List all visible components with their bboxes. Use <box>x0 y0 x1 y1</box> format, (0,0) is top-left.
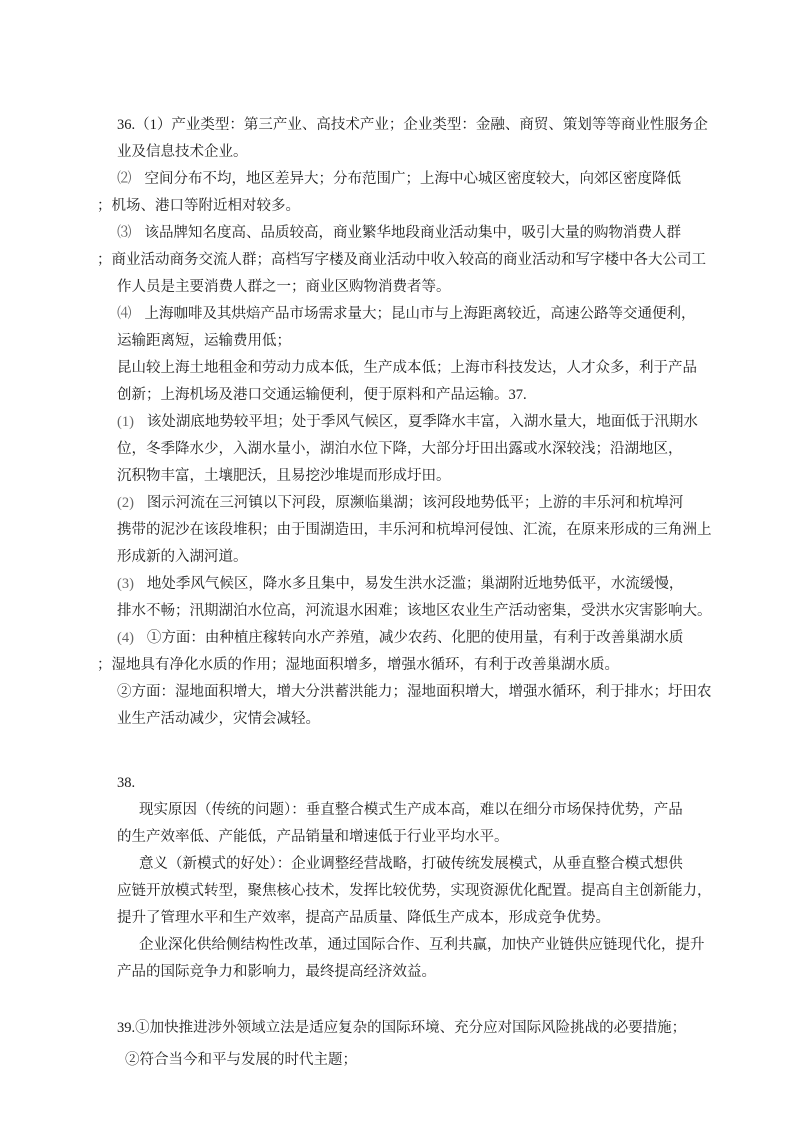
line-text: 形成新的入湖河道。 <box>117 549 248 565</box>
line-text: ；湿地具有净化水质的作用；湿地面积增多，增强水循环，有利于改善巢湖水质。 <box>97 657 619 673</box>
line-text: 应链开放模式转型，聚焦核心技术，发挥比较优势，实现资源优化配置。提高自主创新能力… <box>117 883 712 899</box>
line-text: 空间分布不均，地区差异大；分布范围广；上海中心城区密度较大，向郊区密度降低 <box>145 171 682 187</box>
line-text: 36.（1）产业类型：第三产业、高技术产业；企业类型：金融、商贸、策划等等商业性… <box>117 117 708 133</box>
text-line: 38. <box>117 770 678 797</box>
text-line: (2)图示河流在三河镇以下河段，原濒临巢湖；该河段地势低平；上游的丰乐河和杭埠河 <box>117 490 678 517</box>
text-line: 沉积物丰富，土壤肥沃，且易挖沙堆堤而形成圩田。 <box>117 463 678 490</box>
line-text: ；机场、港口等附近相对较多。 <box>97 198 300 214</box>
text-line: 作人员是主要消费人群之一；商业区购物消费者等。 <box>117 274 678 301</box>
text-line: 企业深化供给侧结构性改革，通过国际合作、互利共赢，加快产业链供应链现代化，提升 <box>117 932 678 959</box>
text-line: ⑷上海咖啡及其烘焙产品市场需求量大；昆山市与上海距离较近，高速公路等交通便利， <box>117 301 678 328</box>
line-text: ②符合当今和平与发展的时代主题； <box>125 1052 357 1068</box>
line-text: 创新；上海机场及港口交通运输便利，便于原料和产品运输。37. <box>117 387 527 403</box>
text-line: (3)地处季风气候区，降水多且集中，易发生洪水泛滥；巢湖附近地势低平，水流缓慢， <box>117 571 678 598</box>
text-line: ；机场、港口等附近相对较多。 <box>97 193 678 220</box>
line-text: 产品的国际竞争力和影响力，最终提高经济效益。 <box>117 964 436 980</box>
line-text: ②方面：湿地面积增大，增大分洪蓄洪能力；湿地面积增大，增强水循环，利于排水；圩田… <box>117 684 712 700</box>
line-text: ；商业活动商务交流人群；高档写字楼及商业活动中收入较高的商业活动和写字楼中各大公… <box>97 252 706 268</box>
list-marker: ⑷ <box>117 306 145 322</box>
line-text: 39.①加快推进涉外领域立法是适应复杂的国际环境、充分应对国际风险挑战的必要措施… <box>117 1020 686 1036</box>
text-line: 形成新的入湖河道。 <box>117 544 678 571</box>
line-text: 现实原因（传统的问题）：垂直整合模式生产成本高，难以在细分市场保持优势，产品 <box>139 802 683 818</box>
text-line: 运输距离短，运输费用低； <box>117 328 678 355</box>
document-page: 36.（1）产业类型：第三产业、高技术产业；企业类型：金融、商贸、策划等等商业性… <box>0 0 794 1123</box>
text-line: 现实原因（传统的问题）：垂直整合模式生产成本高，难以在细分市场保持优势，产品 <box>117 797 678 824</box>
text-line: 业生产活动减少，灾情会减轻。 <box>117 706 678 733</box>
line-text: 意义（新模式的好处）：企业调整经营战略，打破传统发展模式，从垂直整合模式想供 <box>139 856 683 872</box>
line-text: 作人员是主要消费人群之一；商业区购物消费者等。 <box>117 279 451 295</box>
list-marker: (4) <box>117 630 147 646</box>
line-text: 的生产效率低、产能低，产品销量和增速低于行业平均水平。 <box>117 829 509 845</box>
text-line: 意义（新模式的好处）：企业调整经营战略，打破传统发展模式，从垂直整合模式想供 <box>117 851 678 878</box>
line-text: 地处季风气候区，降水多且集中，易发生洪水泛滥；巢湖附近地势低平，水流缓慢， <box>147 576 684 592</box>
line-text: 该品牌知名度高、品质较高，商业繁华地段商业活动集中，吸引大量的购物消费人群 <box>145 225 682 241</box>
answer-text-block: 36.（1）产业类型：第三产业、高技术产业；企业类型：金融、商贸、策划等等商业性… <box>117 112 678 1074</box>
list-marker: ⑵ <box>117 171 145 187</box>
text-line: 位，冬季降水少，入湖水量小，湖泊水位下降，大部分圩田出露或水深较浅；沿湖地区， <box>117 436 678 463</box>
list-marker: (3) <box>117 576 147 592</box>
line-text: 位，冬季降水少，入湖水量小，湖泊水位下降，大部分圩田出露或水深较浅；沿湖地区， <box>117 441 683 457</box>
line-text: 业生产活动减少，灾情会减轻。 <box>117 711 320 727</box>
line-text: 携带的泥沙在该段堆积；由于围湖造田，丰乐河和杭埠河侵蚀、汇流，在原来形成的三角洲… <box>117 522 712 538</box>
text-line: 昆山较上海土地租金和劳动力成本低，生产成本低；上海市科技发达，人才众多，利于产品 <box>117 355 678 382</box>
line-text: 企业深化供给侧结构性改革，通过国际合作、互利共赢，加快产业链供应链现代化，提升 <box>139 937 705 953</box>
text-line: 携带的泥沙在该段堆积；由于围湖造田，丰乐河和杭埠河侵蚀、汇流，在原来形成的三角洲… <box>117 517 678 544</box>
line-text: 排水不畅；汛期湖泊水位高，河流退水困难；该地区农业生产活动密集，受洪水灾害影响大… <box>117 603 712 619</box>
text-line: 产品的国际竞争力和影响力，最终提高经济效益。 <box>117 959 678 986</box>
list-marker: (2) <box>117 495 147 511</box>
text-line: ②方面：湿地面积增大，增大分洪蓄洪能力；湿地面积增大，增强水循环，利于排水；圩田… <box>117 679 678 706</box>
text-line: ⑵空间分布不均，地区差异大；分布范围广；上海中心城区密度较大，向郊区密度降低 <box>117 166 678 193</box>
text-line: 应链开放模式转型，聚焦核心技术，发挥比较优势，实现资源优化配置。提高自主创新能力… <box>117 878 678 905</box>
text-line: ⑶该品牌知名度高、品质较高，商业繁华地段商业活动集中，吸引大量的购物消费人群 <box>117 220 678 247</box>
line-text: 沉积物丰富，土壤肥沃，且易挖沙堆堤而形成圩田。 <box>117 468 451 484</box>
text-line: ；湿地具有净化水质的作用；湿地面积增多，增强水循环，有利于改善巢湖水质。 <box>97 652 678 679</box>
line-text: 运输距离短，运输费用低； <box>117 333 291 349</box>
line-text: 图示河流在三河镇以下河段，原濒临巢湖；该河段地势低平；上游的丰乐河和杭埠河 <box>147 495 684 511</box>
text-line: 36.（1）产业类型：第三产业、高技术产业；企业类型：金融、商贸、策划等等商业性… <box>117 112 678 139</box>
list-marker: ⑶ <box>117 225 145 241</box>
text-line: 创新；上海机场及港口交通运输便利，便于原料和产品运输。37. <box>117 382 678 409</box>
text-line: 提升了管理水平和生产效率，提高产品质量、降低生产成本，形成竞争优势。 <box>117 905 678 932</box>
text-line: 排水不畅；汛期湖泊水位高，河流退水困难；该地区农业生产活动密集，受洪水灾害影响大… <box>117 598 678 625</box>
line-text: 业及信息技术企业。 <box>117 144 248 160</box>
line-text: 提升了管理水平和生产效率，提高产品质量、降低生产成本，形成竞争优势。 <box>117 910 610 926</box>
line-text: 上海咖啡及其烘焙产品市场需求量大；昆山市与上海距离较近，高速公路等交通便利， <box>145 306 696 322</box>
text-line: 39.①加快推进涉外领域立法是适应复杂的国际环境、充分应对国际风险挑战的必要措施… <box>117 1015 678 1042</box>
line-text: 昆山较上海土地租金和劳动力成本低，生产成本低；上海市科技发达，人才众多，利于产品 <box>117 360 697 376</box>
text-line: (4)①方面：由种植庄稼转向水产养殖，减少农药、化肥的使用量，有利于改善巢湖水质 <box>117 625 678 652</box>
line-text: 38. <box>117 775 135 791</box>
text-line: 业及信息技术企业。 <box>117 139 678 166</box>
line-text: 该处湖底地势较平坦；处于季风气候区，夏季降水丰富，入湖水量大，地面低于汛期水 <box>147 414 698 430</box>
line-text: ①方面：由种植庄稼转向水产养殖，减少农药、化肥的使用量，有利于改善巢湖水质 <box>147 630 684 646</box>
text-line: ；商业活动商务交流人群；高档写字楼及商业活动中收入较高的商业活动和写字楼中各大公… <box>97 247 678 274</box>
text-line: 的生产效率低、产能低，产品销量和增速低于行业平均水平。 <box>117 824 678 851</box>
text-line: (1)该处湖底地势较平坦；处于季风气候区，夏季降水丰富，入湖水量大，地面低于汛期… <box>117 409 678 436</box>
text-line: ②符合当今和平与发展的时代主题； <box>117 1047 678 1074</box>
list-marker: (1) <box>117 414 147 430</box>
